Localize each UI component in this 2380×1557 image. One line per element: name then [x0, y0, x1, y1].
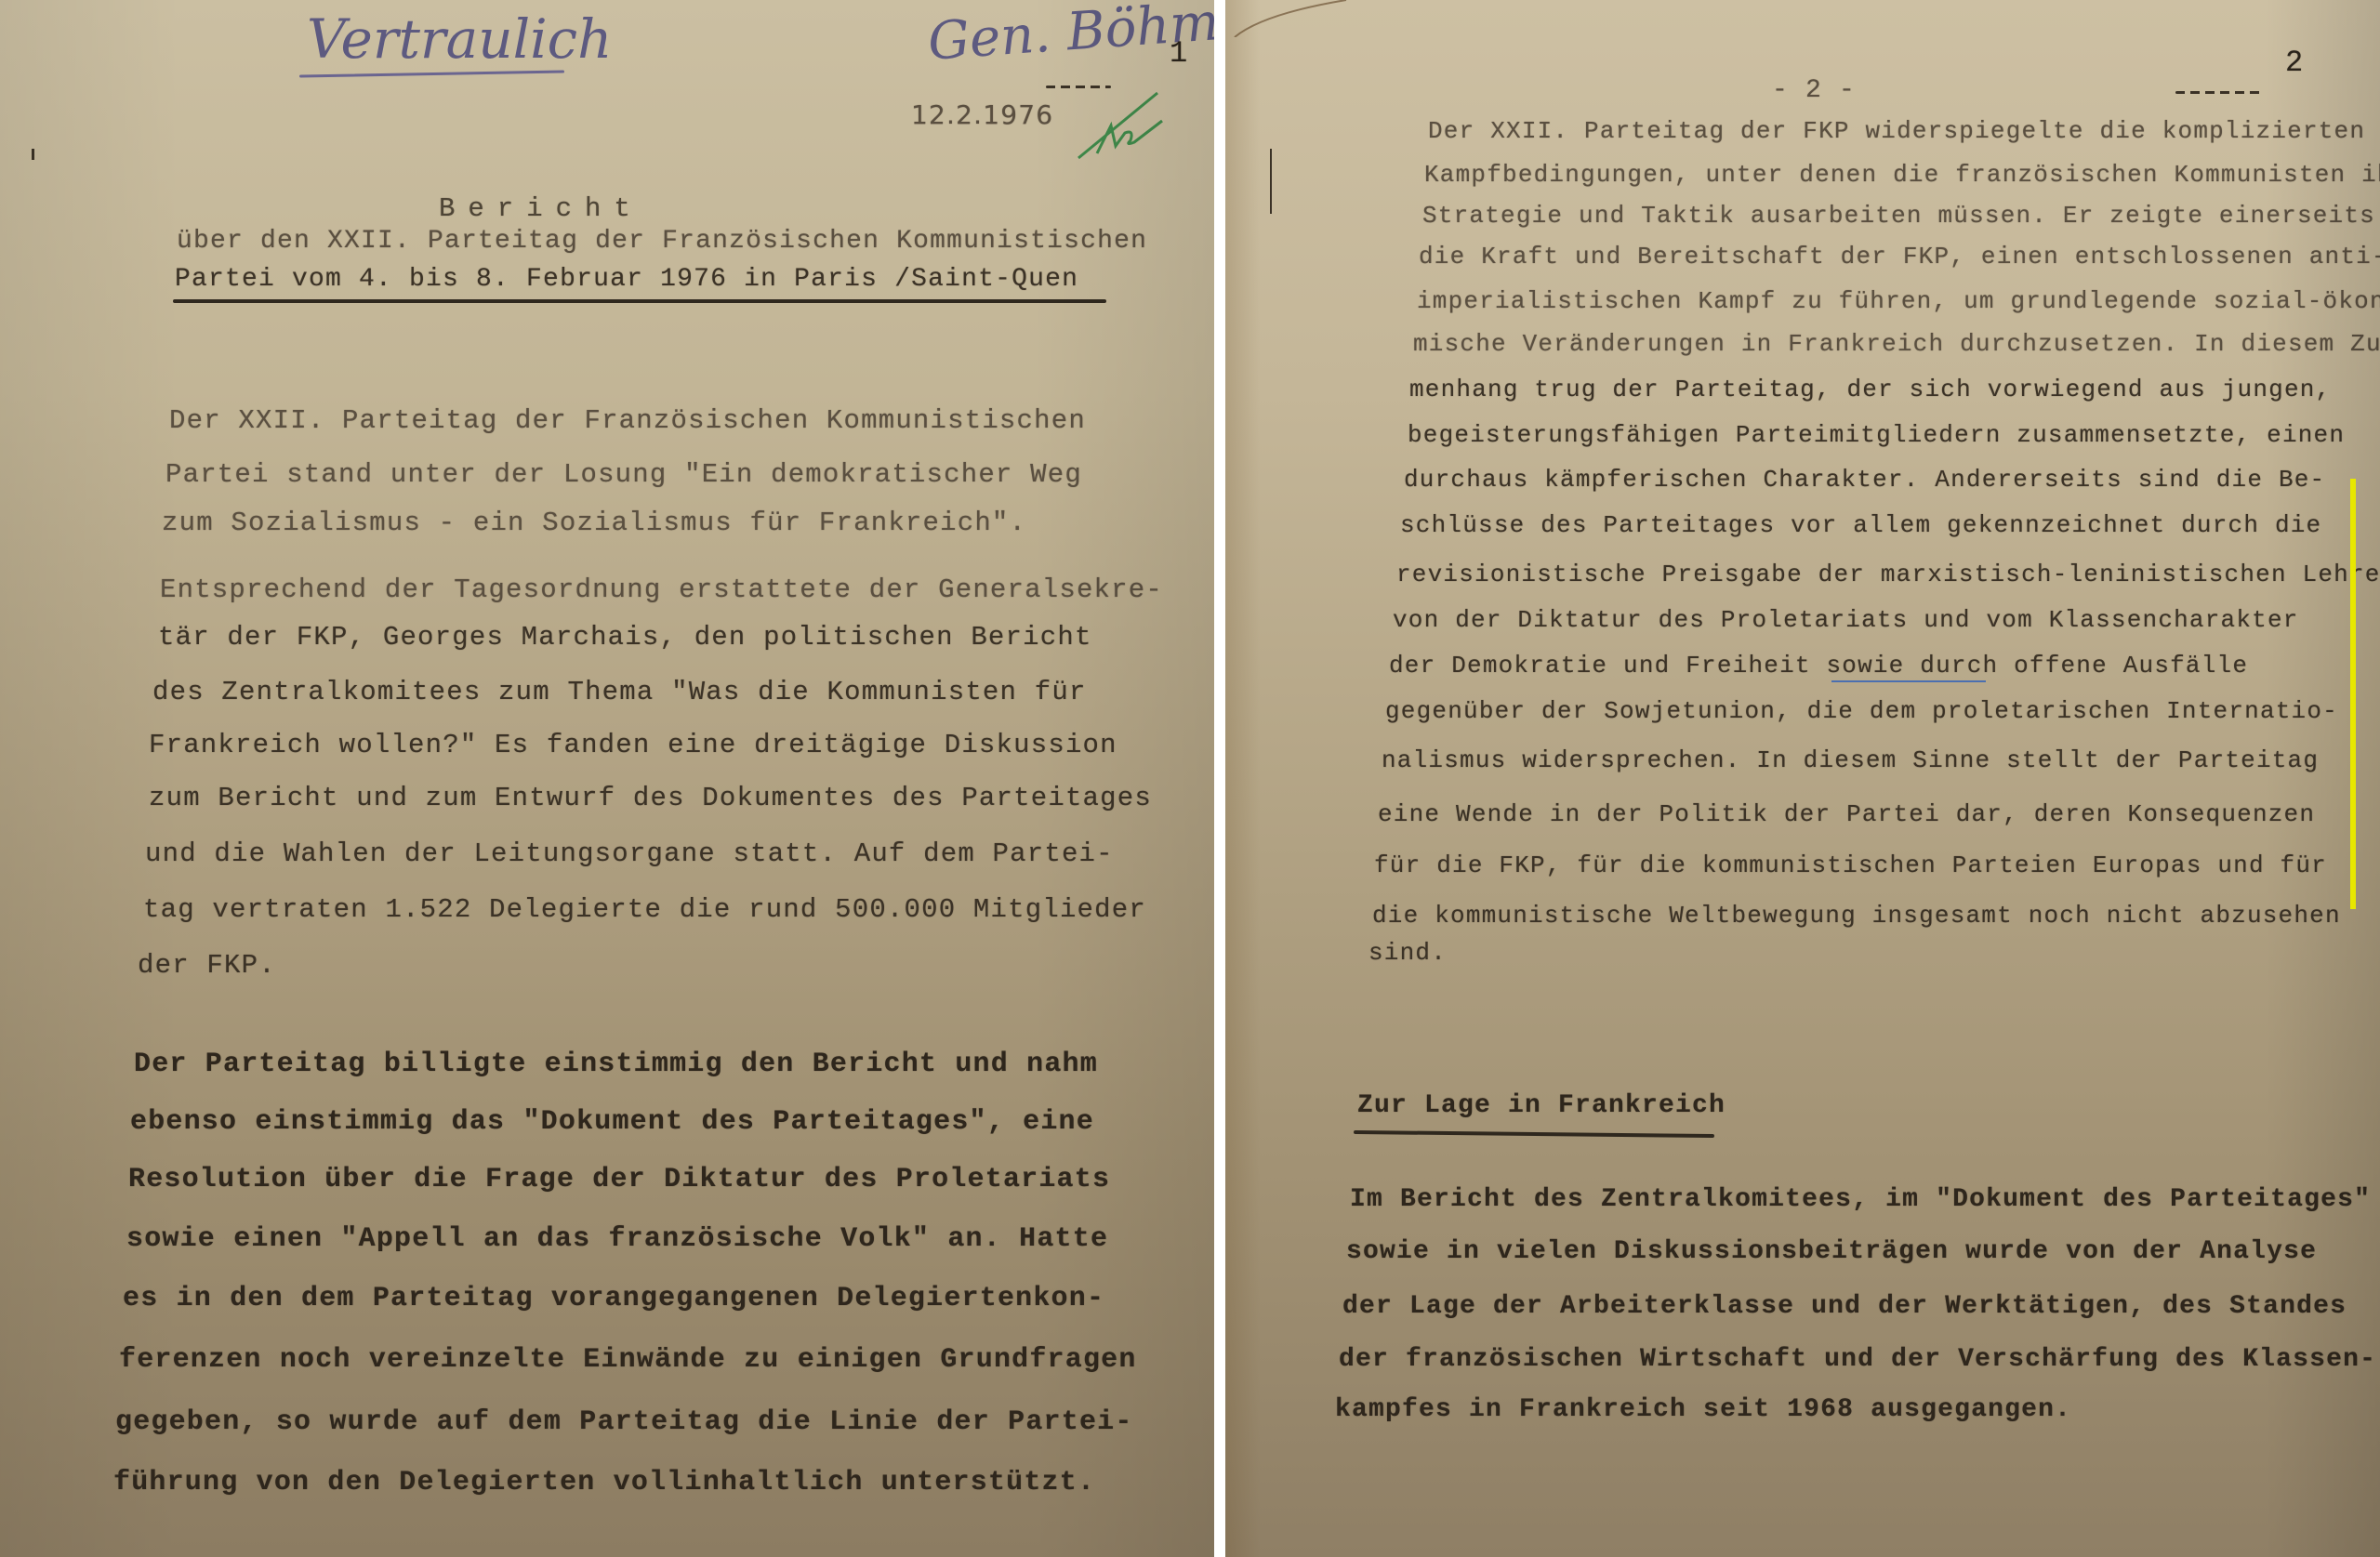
body-line: führung von den Delegierten vollinhaltli… — [113, 1469, 1095, 1497]
handwritten-classification: Vertraulich — [307, 7, 613, 71]
body-line: und die Wahlen der Leitungsorgane statt.… — [145, 840, 1114, 867]
body-line: Frankreich wollen?" Es fanden eine dreit… — [149, 732, 1117, 759]
body-line: ebenso einstimmig das "Dokument des Part… — [130, 1108, 1094, 1136]
body-line: menhang trug der Parteitag, der sich vor… — [1409, 377, 2331, 402]
margin-mark — [32, 149, 34, 160]
body-line: sind. — [1368, 941, 1447, 965]
body-line: sowie in vielen Diskussionsbeiträgen wur… — [1346, 1239, 2317, 1265]
page-number: 2 — [2285, 48, 2304, 78]
body-line: der FKP. — [138, 952, 276, 979]
document-title: Bericht — [439, 195, 643, 222]
body-line: Entsprechend der Tagesordnung erstattete… — [160, 576, 1163, 603]
body-line: Kampfbedingungen, unter denen die franzö… — [1424, 163, 2380, 187]
body-line: gegenüber der Sowjetunion, die dem prole… — [1385, 699, 2338, 723]
green-initials-mark — [1069, 88, 1171, 163]
body-line: imperialistischen Kampf zu führen, um gr… — [1417, 289, 2380, 313]
body-line: der französischen Wirtschaft und der Ver… — [1339, 1347, 2376, 1373]
body-line: Der Parteitag billigte einstimmig den Be… — [134, 1050, 1098, 1078]
highlight-bar — [2350, 479, 2356, 909]
body-line: revisionistische Preisgabe der marxistis… — [1396, 562, 2380, 587]
document-page-1: Vertraulich Gen. Böhm 1 12.2.1976 Berich… — [0, 0, 1214, 1557]
body-line: Der XXII. Parteitag der FKP widerspiegel… — [1428, 119, 2365, 143]
body-line: nalismus widersprechen. In diesem Sinne … — [1382, 748, 2319, 772]
subtitle-line: über den XXII. Parteitag der Französisch… — [177, 229, 1147, 255]
body-line: tär der FKP, Georges Marchais, den polit… — [158, 624, 1092, 651]
body-line: Strategie und Taktik ausarbeiten müssen.… — [1422, 204, 2375, 228]
body-line: zum Sozialismus - ein Sozialismus für Fr… — [162, 509, 1026, 536]
body-line: ferenzen noch vereinzelte Einwände zu ei… — [119, 1346, 1137, 1374]
subtitle-line: Partei vom 4. bis 8. Februar 1976 in Par… — [175, 267, 1078, 293]
body-line: zum Bericht und zum Entwurf des Dokument… — [149, 785, 1152, 811]
body-line: es in den dem Parteitag vorangegangenen … — [123, 1285, 1104, 1313]
page-fold-edge — [1225, 0, 1374, 37]
margin-mark — [1270, 149, 1272, 214]
body-line: des Zentralkomitees zum Thema "Was die K… — [152, 679, 1087, 706]
title-underline — [173, 299, 1106, 303]
document-date: 12.2.1976 — [911, 102, 1053, 128]
body-line: gegeben, so wurde auf dem Parteitag die … — [115, 1408, 1133, 1436]
body-line: begeisterungsfähigen Parteimitgliedern z… — [1408, 423, 2345, 447]
body-line: schlüsse des Parteitages vor allem geken… — [1400, 513, 2321, 537]
body-line: kampfes in Frankreich seit 1968 ausgegan… — [1335, 1397, 2071, 1423]
body-line: durchaus kämpferischen Charakter. Andere… — [1404, 468, 2325, 492]
page-header: - 2 - — [1772, 78, 1856, 104]
body-line: mische Veränderungen in Frankreich durch… — [1413, 332, 2380, 356]
page-divider — [1214, 0, 1225, 1557]
annotation-underline — [1831, 680, 1986, 682]
body-line: tag vertraten 1.522 Delegierte die rund … — [143, 896, 1146, 923]
section-heading: Zur Lage in Frankreich — [1357, 1093, 1725, 1119]
body-line: die Kraft und Bereitschaft der FKP, eine… — [1419, 244, 2380, 269]
page-number: 1 — [1170, 39, 1188, 69]
dotted-mark — [2175, 91, 2261, 94]
body-line: eine Wende in der Politik der Partei dar… — [1378, 802, 2315, 826]
classification-underline — [299, 71, 564, 78]
body-line: für die FKP, für die kommunistischen Par… — [1374, 853, 2327, 877]
document-page-2: - 2 - 2 Der XXII. Parteitag der FKP wide… — [1225, 0, 2380, 1557]
body-line: sowie einen "Appell an das französische … — [126, 1225, 1108, 1253]
body-line: Im Bericht des Zentralkomitees, im "Doku… — [1350, 1187, 2371, 1213]
body-line: Der XXII. Parteitag der Französischen Ko… — [169, 407, 1086, 434]
body-line: Resolution über die Frage der Diktatur d… — [128, 1166, 1110, 1194]
body-line: der Demokratie und Freiheit sowie durch … — [1389, 653, 2248, 678]
body-line: der Lage der Arbeiterklasse und der Werk… — [1342, 1294, 2347, 1320]
body-line: die kommunistische Weltbewegung insgesam… — [1372, 904, 2341, 928]
body-line: Partei stand unter der Losung "Ein demok… — [165, 461, 1082, 488]
section-heading-underline — [1354, 1130, 1714, 1138]
body-line: von der Diktatur des Proletariats und vo… — [1393, 608, 2299, 632]
